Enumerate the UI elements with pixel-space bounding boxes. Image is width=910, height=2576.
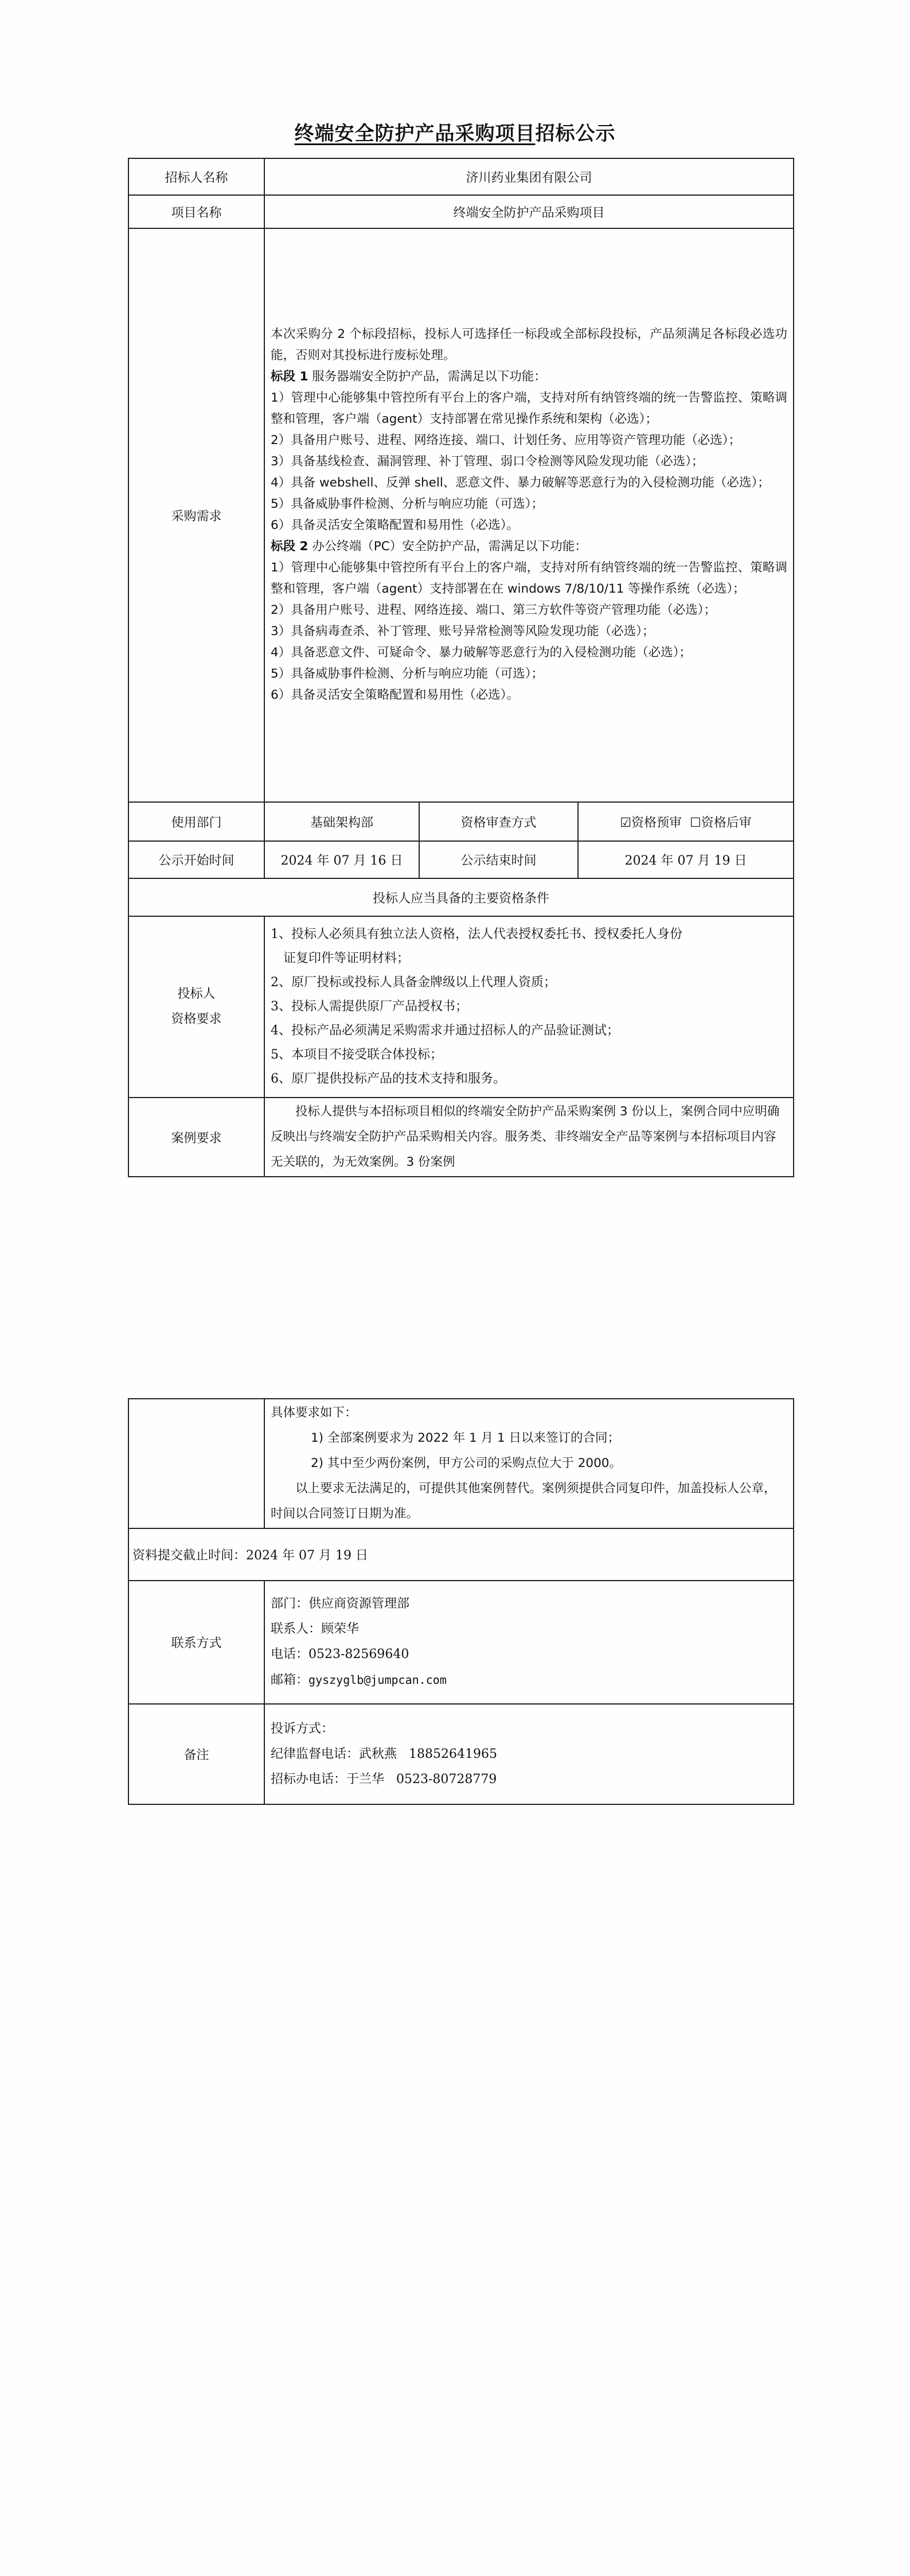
discipline-phone: 纪律监督电话：武秋燕 18852641965: [271, 1742, 787, 1767]
notes-content: 投诉方式： 纪律监督电话：武秋燕 18852641965 招标办电话：于兰华 0…: [264, 1704, 794, 1804]
case-label: 案例要求: [128, 1098, 264, 1177]
tenderer-label: 招标人名称: [128, 158, 264, 195]
requirements-row: 采购需求 本次采购分 2 个标段招标，投标人可选择任一标段或全部标段投标，产品须…: [128, 228, 794, 802]
qualification-item: 6、原厂提供投标产品的技术支持和服务。: [271, 1067, 787, 1091]
lot-2-item: 1）管理中心能够集中管控所有平台上的客户端，支持对所有纳管终端的统一告警监控、策…: [271, 557, 787, 600]
lot-1-item: 4）具备 webshell、反弹 shell、恶意文件、暴力破解等恶意行为的入侵…: [271, 472, 787, 493]
lot-2-item: 3）具备病毒查杀、补丁管理、账号异常检测等风险发现功能（必选）；: [271, 621, 787, 642]
complaint-heading: 投诉方式：: [271, 1717, 787, 1742]
qualification-item: 3、投标人需提供原厂产品授权书；: [271, 995, 787, 1019]
lot-2-item: 5）具备威胁事件检测、分析与响应功能（可选）；: [271, 663, 787, 684]
tenderer-row: 招标人名称 济川药业集团有限公司: [128, 158, 794, 195]
tender-office-phone: 招标办电话：于兰华 0523-80728779: [271, 1767, 787, 1792]
end-date-value: 2024 年 07 月 19 日: [578, 841, 794, 878]
lot-1-item: 2）具备用户账号、进程、网络连接、端口、计划任务、应用等资产管理功能（必选）；: [271, 430, 787, 451]
prequalification-option-label: 资格预审: [631, 816, 682, 830]
case-note: 以上要求无法满足的，可提供其他案例替代。案例须提供合同复印件，加盖投标人公章，时…: [271, 1476, 787, 1527]
review-label: 资格审查方式: [419, 802, 578, 841]
qualification-label: 投标人 资格要求: [128, 916, 264, 1098]
case-continuation-label: [128, 1399, 264, 1528]
tender-info-table: 招标人名称 济川药业集团有限公司 项目名称 终端安全防护产品采购项目 采购需求 …: [128, 158, 794, 1177]
lot-1-item: 1）管理中心能够集中管控所有平台上的客户端，支持对所有纳管终端的统一告警监控、策…: [271, 387, 787, 430]
contact-email-link[interactable]: gyszyglb@jumpcan.com: [308, 1673, 447, 1687]
project-value: 终端安全防护产品采购项目: [264, 195, 794, 228]
page-title-rest: 招标公示: [536, 122, 616, 145]
lot-1-item: 5）具备威胁事件检测、分析与响应功能（可选）；: [271, 493, 787, 515]
department-row: 使用部门 基础架构部 资格审查方式 ☑资格预审 ☐资格后审: [128, 802, 794, 841]
case-row: 案例要求 投标人提供与本招标项目相似的终端安全防护产品采购案例 3 份以上，案例…: [128, 1098, 794, 1177]
qualification-item: 1、投标人必须具有独立法人资格，法人代表授权委托书、授权委托人身份: [271, 923, 787, 947]
page-title: 终端安全防护产品采购项目招标公示: [0, 118, 910, 146]
postqualification-option-label: 资格后审: [701, 816, 752, 830]
contact-content: 部门：供应商资源管理部 联系人：顾荣华 电话：0523-82569640 邮箱：…: [264, 1581, 794, 1704]
lot-2-item: 4）具备恶意文件、可疑命令、暴力破解等恶意行为的入侵检测功能（必选）；: [271, 642, 787, 663]
start-date-label: 公示开始时间: [128, 841, 264, 878]
requirements-intro: 本次采购分 2 个标段招标，投标人可选择任一标段或全部标段投标，产品须满足各标段…: [271, 324, 787, 366]
qualification-item-continuation: 证复印件等证明材料；: [271, 947, 787, 971]
page-title-underlined: 终端安全防护产品采购项目: [295, 122, 536, 145]
postqualification-checkbox-empty-icon[interactable]: ☐: [690, 816, 701, 830]
contact-person: 联系人：顾荣华: [271, 1617, 787, 1642]
case-item: 1) 全部案例要求为 2022 年 1 月 1 日以来签订的合同；: [271, 1426, 787, 1451]
lot-1-item: 6）具备灵活安全策略配置和易用性（必选）。: [271, 515, 787, 536]
qualification-item: 5、本项目不接受联合体投标；: [271, 1043, 787, 1067]
deadline-row: 资料提交截止时间：2024 年 07 月 19 日: [128, 1528, 794, 1581]
contact-phone: 电话：0523-82569640: [271, 1642, 787, 1667]
lot-1-heading: 标段 1 服务器端安全防护产品，需满足以下功能：: [271, 366, 787, 387]
notes-label: 备注: [128, 1704, 264, 1804]
requirements-label: 采购需求: [128, 228, 264, 802]
notes-row: 备注 投诉方式： 纪律监督电话：武秋燕 18852641965 招标办电话：于兰…: [128, 1704, 794, 1804]
case-item: 2) 其中至少两份案例，甲方公司的采购点位大于 2000。: [271, 1451, 787, 1476]
qualification-header: 投标人应当具备的主要资格条件: [128, 878, 794, 916]
requirements-content: 本次采购分 2 个标段招标，投标人可选择任一标段或全部标段投标，产品须满足各标段…: [264, 228, 794, 802]
case-intro: 具体要求如下：: [271, 1400, 787, 1426]
deadline-text: 资料提交截止时间：2024 年 07 月 19 日: [128, 1528, 794, 1581]
lot-2-item: 2）具备用户账号、进程、网络连接、端口、第三方软件等资产管理功能（必选）；: [271, 600, 787, 621]
contact-department: 部门：供应商资源管理部: [271, 1591, 787, 1617]
contact-email-line: 邮箱：gyszyglb@jumpcan.com: [271, 1667, 787, 1693]
review-options: ☑资格预审 ☐资格后审: [578, 802, 794, 841]
project-label: 项目名称: [128, 195, 264, 228]
prequalification-checkbox-checked-icon[interactable]: ☑: [620, 816, 631, 830]
qualification-item: 2、原厂投标或投标人具备金牌级以上代理人资质；: [271, 971, 787, 995]
start-date-value: 2024 年 07 月 16 日: [264, 841, 419, 878]
qualification-row: 投标人 资格要求 1、投标人必须具有独立法人资格，法人代表授权委托书、授权委托人…: [128, 916, 794, 1098]
lot-2-item: 6）具备灵活安全策略配置和易用性（必选）。: [271, 684, 787, 706]
project-row: 项目名称 终端安全防护产品采购项目: [128, 195, 794, 228]
qualification-list: 1、投标人必须具有独立法人资格，法人代表授权委托书、授权委托人身份 证复印件等证…: [264, 916, 794, 1098]
tender-info-table-continued: 具体要求如下： 1) 全部案例要求为 2022 年 1 月 1 日以来签订的合同…: [128, 1398, 794, 1805]
lot-2-heading: 标段 2 办公终端（PC）安全防护产品，需满足以下功能：: [271, 536, 787, 557]
tenderer-value: 济川药业集团有限公司: [264, 158, 794, 195]
contact-row: 联系方式 部门：供应商资源管理部 联系人：顾荣华 电话：0523-8256964…: [128, 1581, 794, 1704]
qualification-item: 4、投标产品必须满足采购需求并通过招标人的产品验证测试；: [271, 1019, 787, 1043]
end-date-label: 公示结束时间: [419, 841, 578, 878]
department-label: 使用部门: [128, 802, 264, 841]
dates-row: 公示开始时间 2024 年 07 月 16 日 公示结束时间 2024 年 07…: [128, 841, 794, 878]
department-value: 基础架构部: [264, 802, 419, 841]
contact-label: 联系方式: [128, 1581, 264, 1704]
lot-1-item: 3）具备基线检查、漏洞管理、补丁管理、弱口令检测等风险发现功能（必选）；: [271, 451, 787, 472]
case-continuation-content: 具体要求如下： 1) 全部案例要求为 2022 年 1 月 1 日以来签订的合同…: [264, 1399, 794, 1528]
case-text: 投标人提供与本招标项目相似的终端安全防护产品采购案例 3 份以上，案例合同中应明…: [264, 1098, 794, 1177]
case-continuation-row: 具体要求如下： 1) 全部案例要求为 2022 年 1 月 1 日以来签订的合同…: [128, 1399, 794, 1528]
qualification-header-row: 投标人应当具备的主要资格条件: [128, 878, 794, 916]
